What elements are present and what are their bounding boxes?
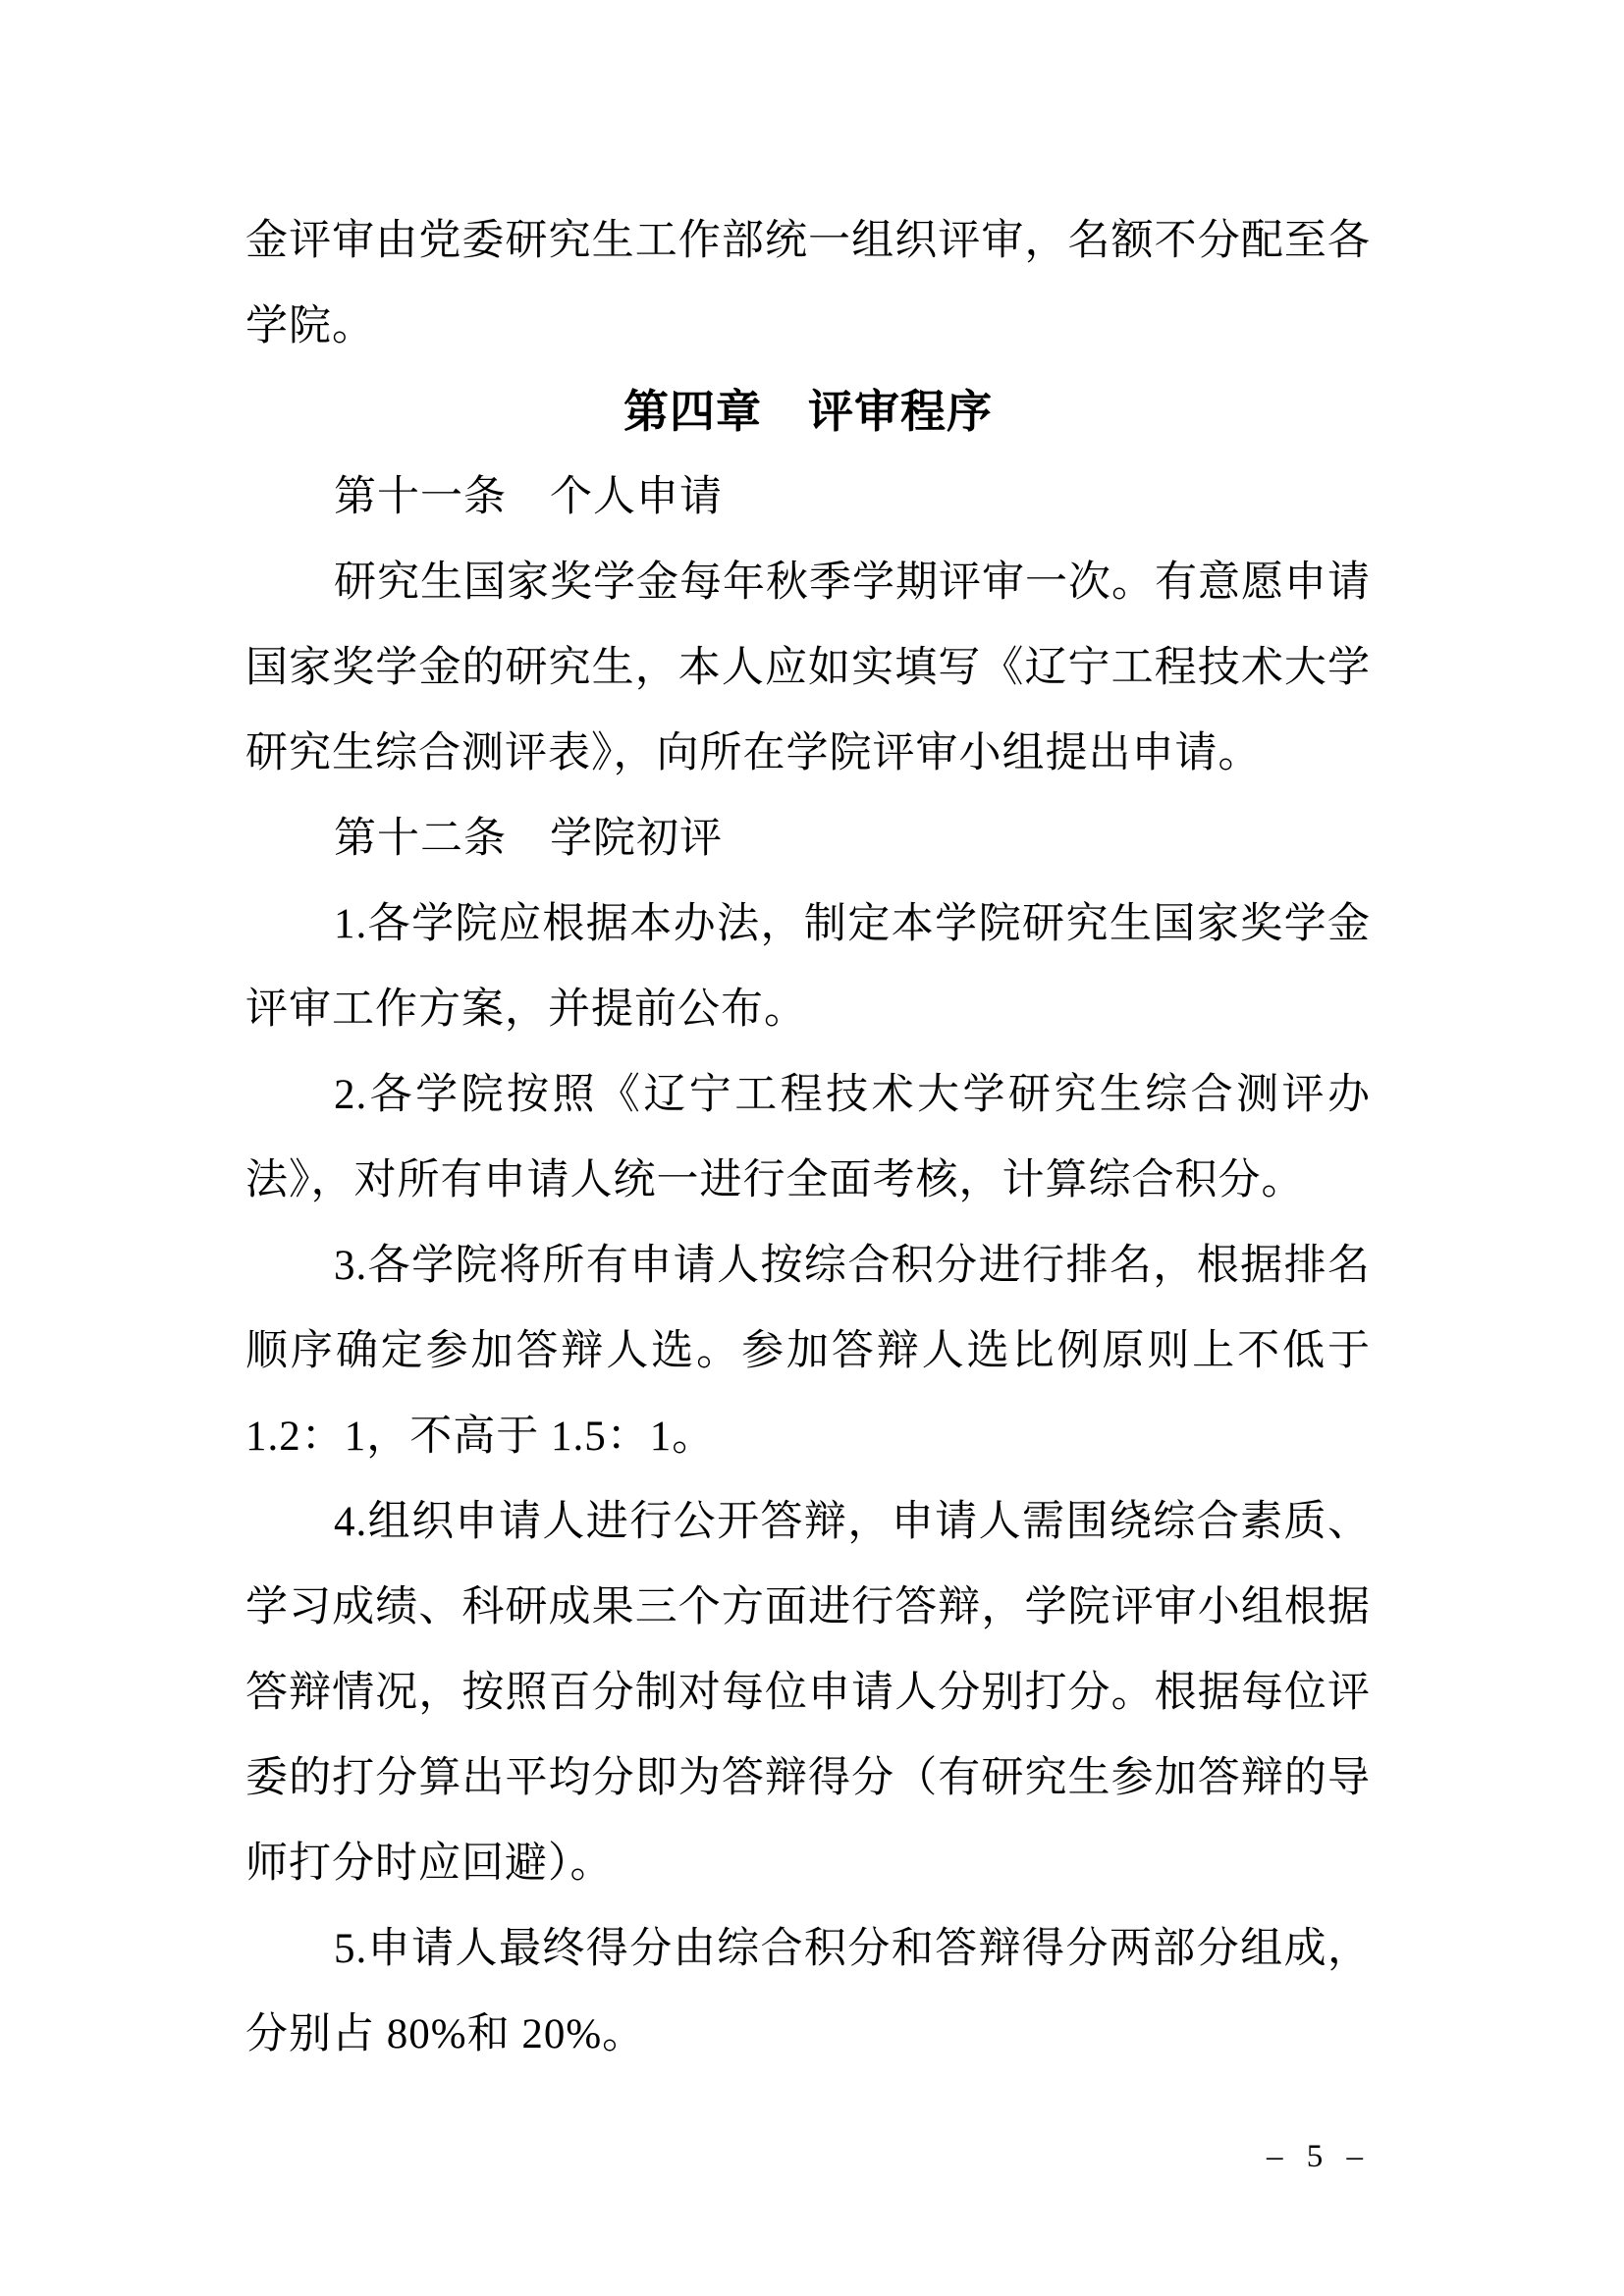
list-item-line: 5.申请人最终得分由综合积分和答辩得分两部分组成，: [245, 1906, 1371, 1992]
body-line: 师打分时应回避）。: [245, 1821, 1371, 1906]
body-line: 研究生国家奖学金每年秋季学期评审一次。有意愿申请: [245, 540, 1371, 625]
list-item-line: 4.组织申请人进行公开答辩，申请人需围绕综合素质、: [245, 1479, 1371, 1565]
body-line: 国家奖学金的研究生，本人应如实填写《辽宁工程技术大学: [245, 625, 1371, 711]
list-item-line: 3.各学院将所有申请人按综合积分进行排名，根据排名: [245, 1223, 1371, 1308]
body-line: 法》，对所有申请人统一进行全面考核，计算综合积分。: [245, 1138, 1371, 1223]
page-number: – 5 –: [1267, 2138, 1404, 2175]
list-item-line: 2.各学院按照《辽宁工程技术大学研究生综合测评办: [245, 1052, 1371, 1138]
body-line: 评审工作方案，并提前公布。: [245, 967, 1371, 1052]
body-line: 委的打分算出平均分即为答辩得分（有研究生参加答辩的导: [245, 1735, 1371, 1821]
document-body: 金评审由党委研究生工作部统一组织评审，名额不分配至各 学院。 第四章 评审程序 …: [245, 198, 1371, 2077]
article-heading: 第十一条 个人申请: [245, 454, 1371, 540]
body-line: 研究生综合测评表》，向所在学院评审小组提出申请。: [245, 711, 1371, 796]
body-line: 1.2：1，不高于 1.5：1。: [245, 1394, 1371, 1479]
body-line: 答辩情况，按照百分制对每位申请人分别打分。根据每位评: [245, 1650, 1371, 1735]
list-item-line: 1.各学院应根据本办法，制定本学院研究生国家奖学金: [245, 881, 1371, 967]
body-line: 顺序确定参加答辩人选。参加答辩人选比例原则上不低于: [245, 1308, 1371, 1394]
body-line: 分别占 80%和 20%。: [245, 1992, 1371, 2077]
body-line: 金评审由党委研究生工作部统一组织评审，名额不分配至各: [245, 198, 1371, 284]
chapter-heading: 第四章 评审程序: [245, 369, 1371, 454]
document-page: 金评审由党委研究生工作部统一组织评审，名额不分配至各 学院。 第四章 评审程序 …: [0, 0, 1624, 2296]
body-line: 学习成绩、科研成果三个方面进行答辩，学院评审小组根据: [245, 1565, 1371, 1650]
body-line: 学院。: [245, 284, 1371, 369]
article-heading: 第十二条 学院初评: [245, 796, 1371, 881]
